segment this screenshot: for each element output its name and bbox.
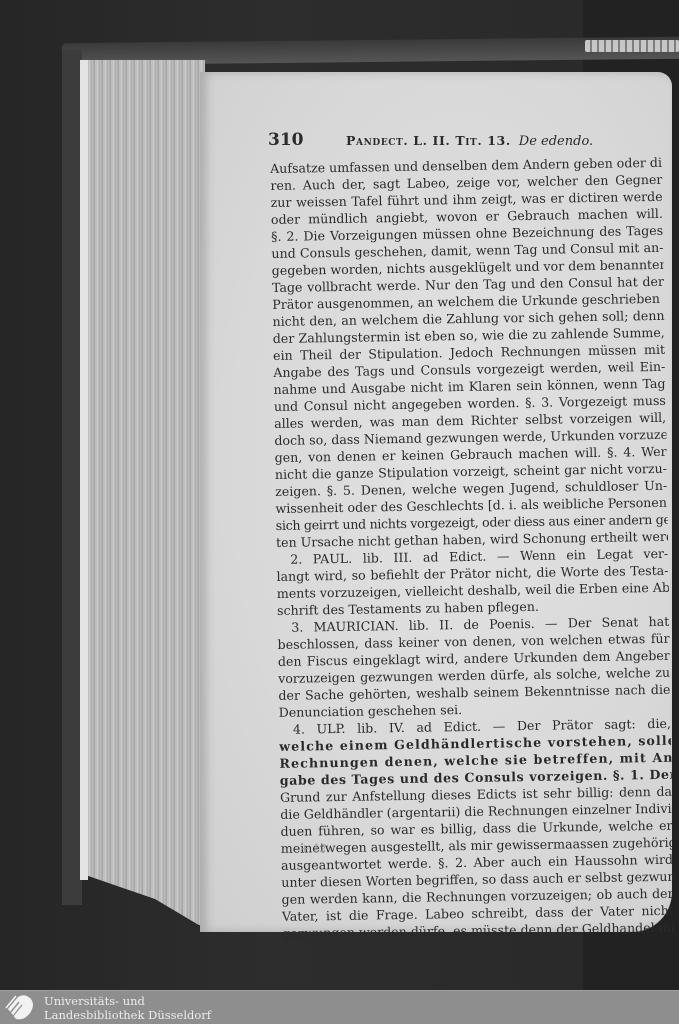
book-cover-left-edge xyxy=(62,50,82,905)
book-headband xyxy=(585,40,679,52)
page-number: 310 xyxy=(268,130,346,150)
page-stack-edges xyxy=(80,60,205,925)
body-text: Aufsatze umfassen und denselben dem Ande… xyxy=(270,154,674,942)
pencil-annotation: + 12 xyxy=(300,842,327,855)
library-name: Universitäts- und Landesbibliothek Düsse… xyxy=(44,994,211,1022)
running-head-title: Pandect. L. II. Tit. 13. xyxy=(346,133,511,148)
running-head-subject: De edendo. xyxy=(519,134,593,149)
library-logo-icon xyxy=(4,993,38,1023)
page-stack-highlight xyxy=(80,60,88,880)
library-name-line1: Universitäts- und xyxy=(44,994,211,1008)
footer-bar: Universitäts- und Landesbibliothek Düsse… xyxy=(0,990,679,1024)
library-name-line2: Landesbibliothek Düsseldorf xyxy=(44,1008,211,1022)
running-head: 310 Pandect. L. II. Tit. 13. De edendo. xyxy=(268,130,668,150)
